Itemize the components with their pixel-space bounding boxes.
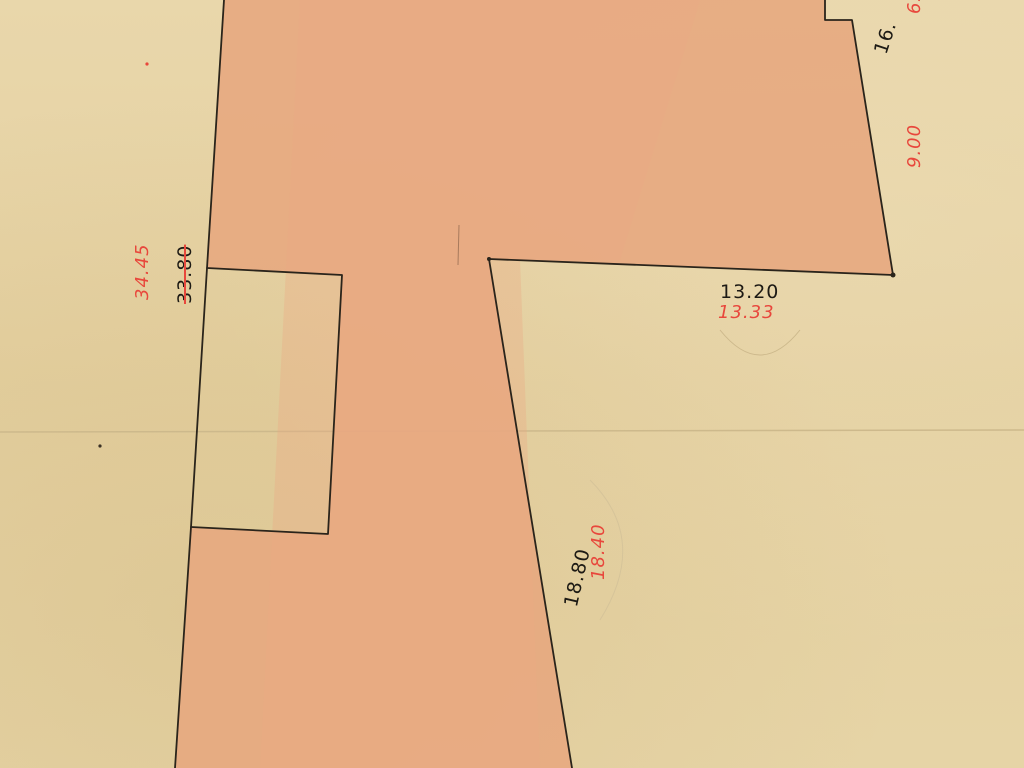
left-side-corrected-dimension: 34.45	[132, 243, 153, 300]
step-bottom-original-dimension: 13.20	[720, 281, 779, 303]
diagonal-side-corrected-dimension: 18.40	[588, 523, 609, 580]
right-side-corrected-dimension: 9.00	[904, 124, 925, 168]
left-side-original-dimension: 33.80	[174, 245, 196, 304]
top-right-corrected-dimension: 65	[904, 0, 925, 14]
corner-point	[891, 273, 896, 278]
plan-drawing	[0, 0, 1024, 768]
watercolour-wash	[260, 0, 700, 768]
pencil-arc	[720, 330, 800, 355]
corner-point	[487, 257, 491, 261]
step-bottom-corrected-dimension: 13.33	[718, 302, 775, 323]
survey-plan-sheet: 34.45 33.80 13.20 13.33 18.80 18.40 9.00…	[0, 0, 1024, 768]
ink-dot	[145, 62, 148, 65]
ink-dot	[98, 444, 101, 447]
